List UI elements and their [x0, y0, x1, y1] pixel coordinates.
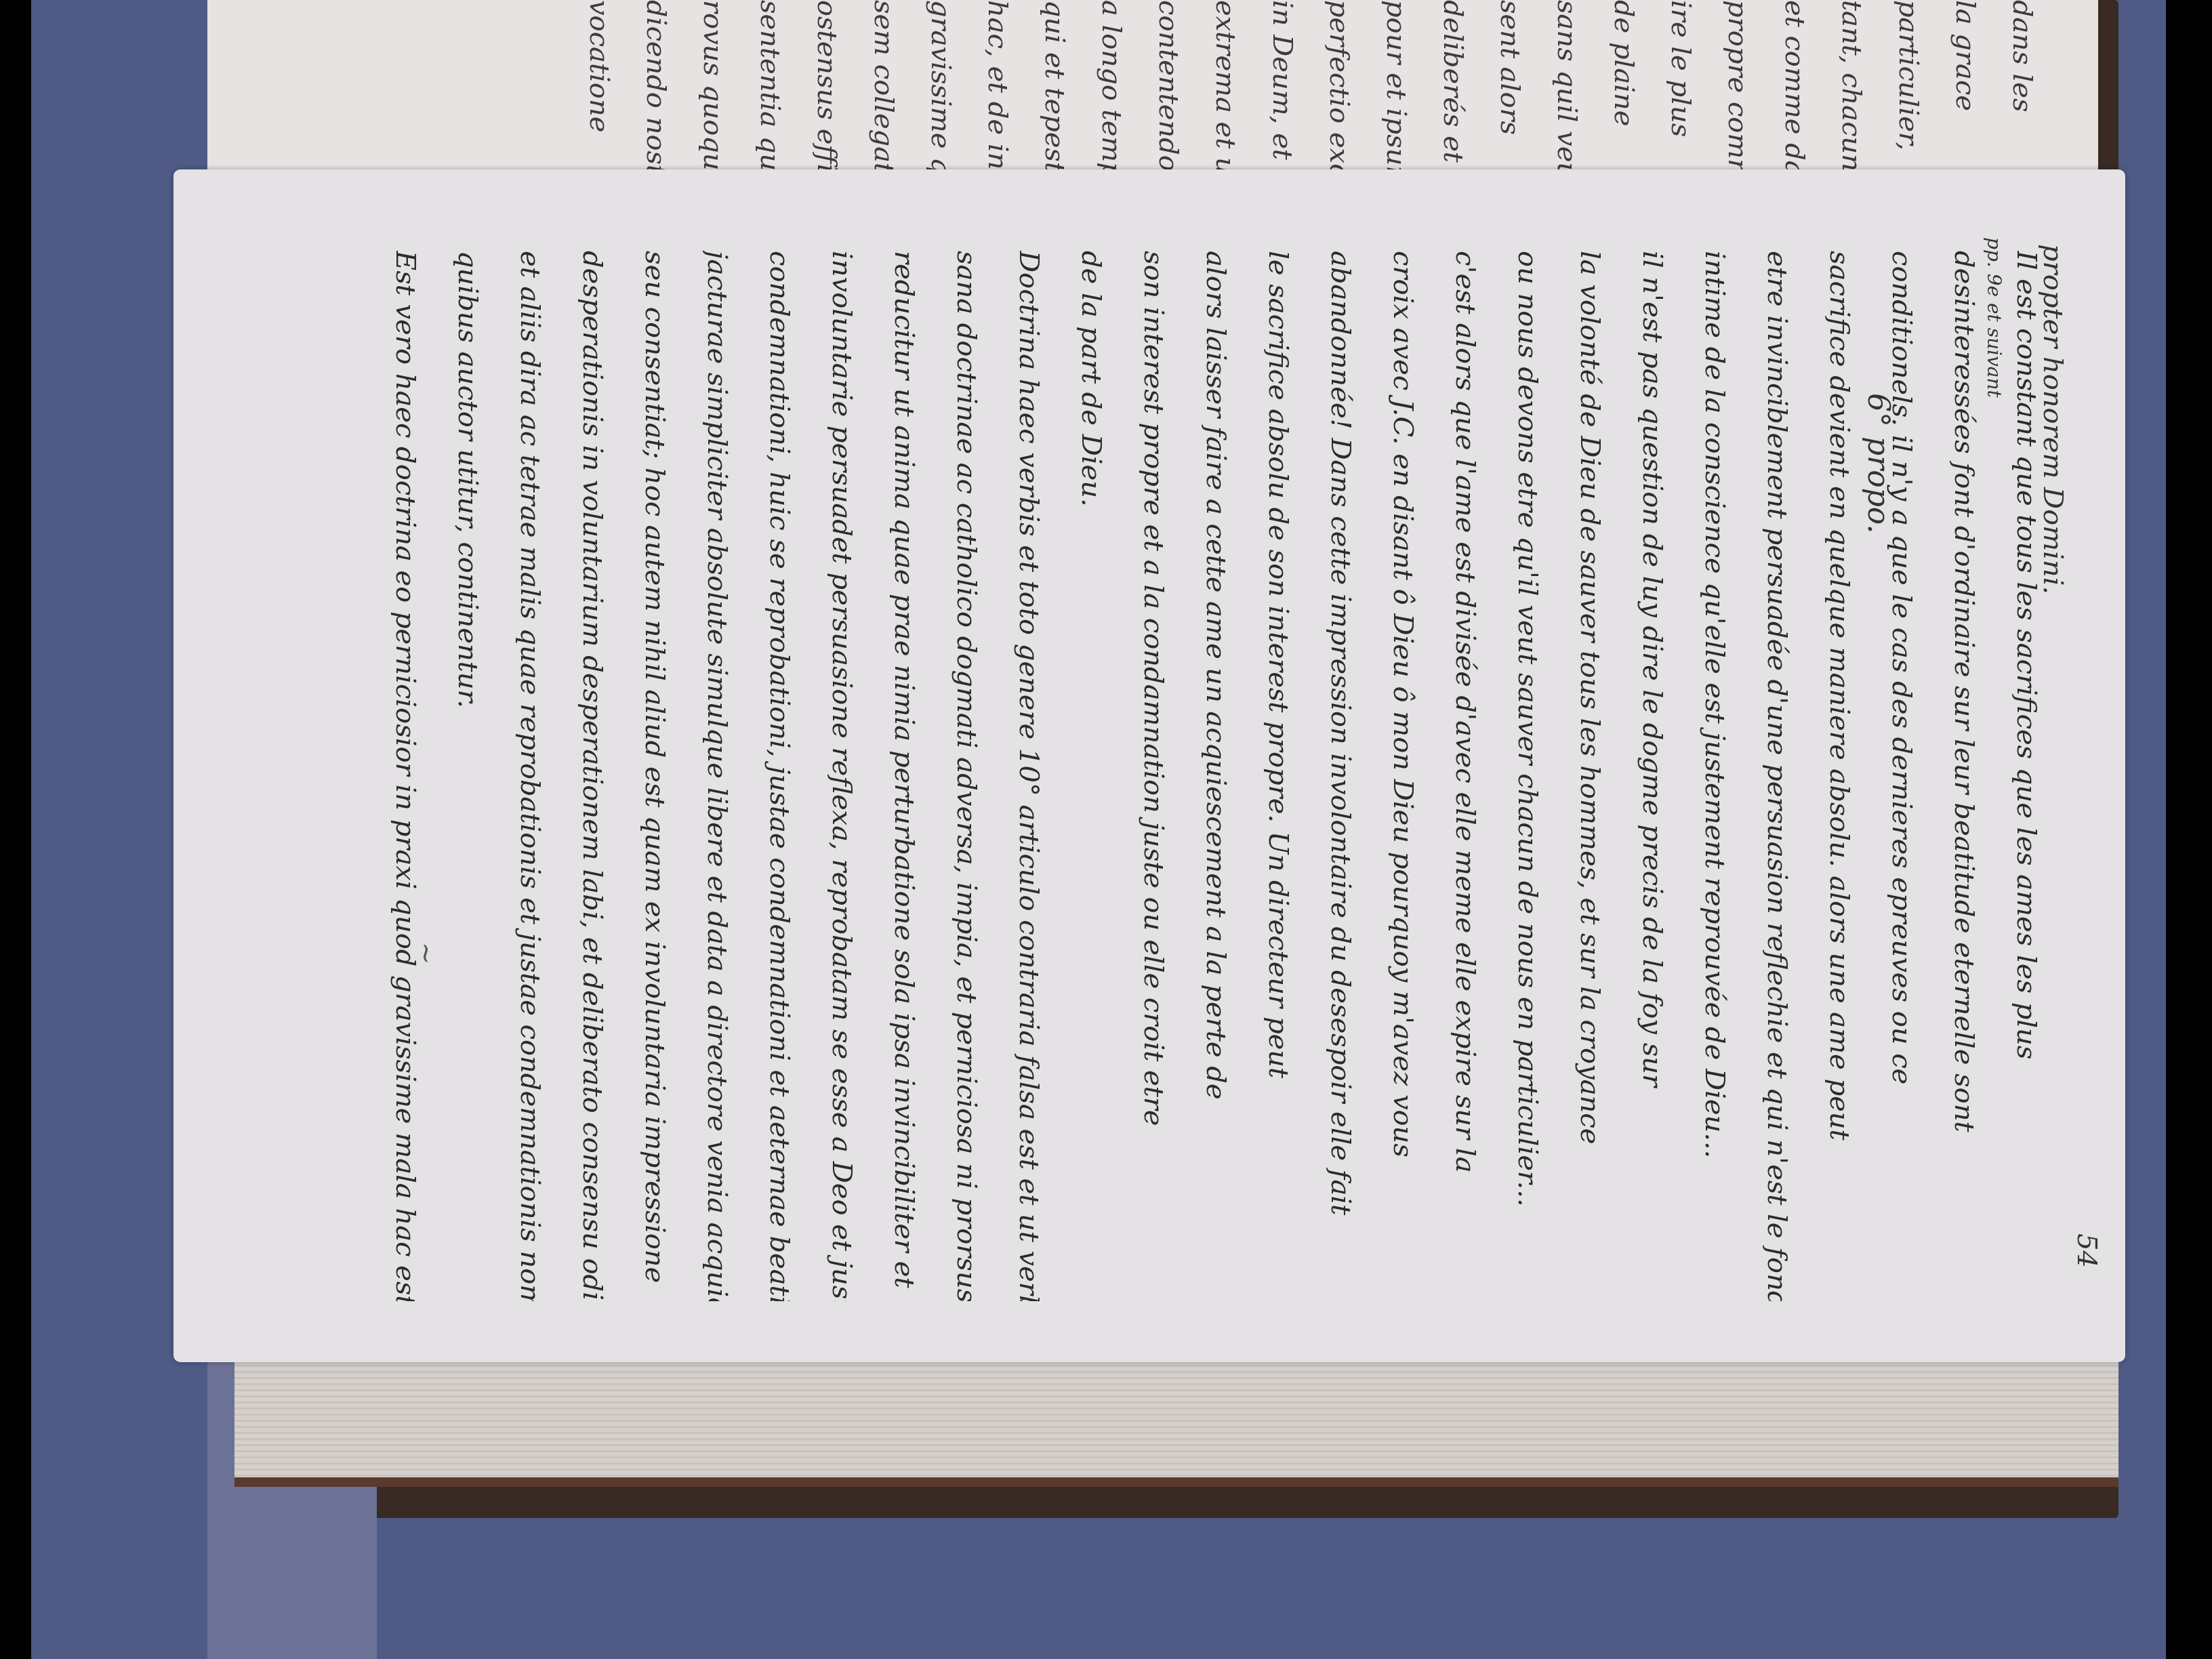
page-edges: [234, 1349, 2118, 1487]
folio-number: 54: [2071, 1233, 2102, 1268]
manuscript-line: condemnationi, huic se reprobationi, jus…: [748, 251, 811, 1301]
manuscript-line: etre invinciblement persuadée d'une pers…: [1746, 251, 1808, 1301]
manuscript-line: son interest propre et a la condamnation…: [1122, 251, 1185, 1301]
manuscript-line: reducitur ut anima quae prae nimia pertu…: [873, 251, 935, 1301]
manuscript-line: sana doctrinae ac catholico dogmati adve…: [935, 251, 998, 1301]
proposition-heading: 6° propo.: [1861, 393, 1896, 534]
manuscript-line: involuntarie persuadet persuasione refle…: [811, 251, 873, 1301]
manuscript-line: jacturae simpliciter absolute simulque l…: [686, 251, 748, 1301]
manuscript-line: quibus auctor utitur, continentur.: [436, 251, 499, 1301]
black-border-right: [2166, 0, 2212, 1659]
manuscript-line: desinteressées font d'ordinaire sur leur…: [1933, 251, 1995, 1301]
manuscript-line: intime de la conscience qu'elle est just…: [1683, 251, 1746, 1301]
manuscript-line: Est vero haec doctrina eo perniciosior i…: [384, 251, 436, 1301]
manuscript-line: la volonté de Dieu de sauver tous les ho…: [1559, 251, 1621, 1301]
manuscript-line: et aliis dira ac tetrae malis quae repro…: [499, 251, 561, 1301]
manuscript-line: abandonnée! Dans cette impression involo…: [1309, 251, 1372, 1301]
manuscript-line: seu consentiat; hoc autem nihil aliud es…: [623, 251, 686, 1301]
manuscript-line: de la part de Dieu.: [1060, 251, 1122, 1301]
manuscript-line: alors laisser faire a cette ame un acqui…: [1185, 251, 1247, 1301]
signature-flourish: ~: [411, 942, 442, 965]
manuscript-line: le sacrifice absolu de son interest prop…: [1247, 251, 1309, 1301]
manuscript-text-block: Il est constant que tous les sacrifices …: [384, 251, 2057, 1301]
manuscript-photo: dans lesla graceparticulier,tant, chacun…: [31, 0, 2166, 1659]
manuscript-page: Il est constant que tous les sacrifices …: [173, 169, 2125, 1362]
manuscript-line: Doctrina haec verbis et toto genere 10° …: [998, 251, 1060, 1301]
manuscript-line: croix avec J.C. en disant ô Dieu ô mon D…: [1372, 251, 1434, 1301]
title-line: propter honorem Domini.: [2037, 244, 2068, 594]
manuscript-line: c'est alors que l'ame est divisée d'avec…: [1434, 251, 1496, 1301]
manuscript-line: desperationis in voluntarium desperation…: [561, 251, 623, 1301]
margin-note: pp. 9e et suivant: [1983, 237, 2005, 398]
manuscript-line: il n'est pas question de luy dire le dog…: [1621, 251, 1683, 1301]
manuscript-line: ou nous devons etre qu'il veut sauver ch…: [1496, 251, 1559, 1301]
black-border-left: [0, 0, 31, 1659]
